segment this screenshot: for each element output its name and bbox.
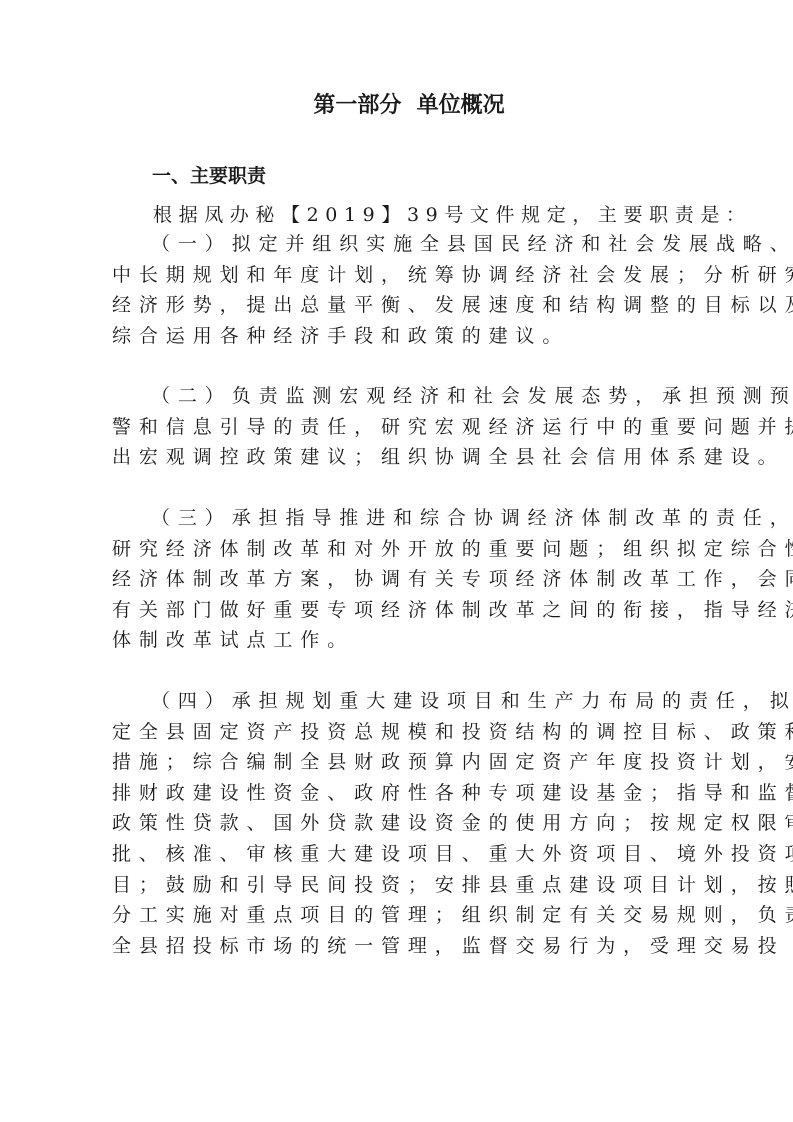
- paragraph-line: （四）承担规划重大建设项目和生产力布局的责任，拟: [112, 686, 684, 717]
- paragraph-line: 政策性贷款、国外贷款建设资金的使用方向；按规定权限审: [112, 808, 684, 839]
- duty-paragraph-4: （四）承担规划重大建设项目和生产力布局的责任，拟 定全县固定资产投资总规模和投资…: [112, 686, 684, 961]
- paragraph-line: 经济形势，提出总量平衡、发展速度和结构调整的目标以及: [112, 290, 684, 321]
- duty-paragraph-2: （二）负责监测宏观经济和社会发展态势，承担预测预 警和信息引导的责任，研究宏观经…: [112, 381, 684, 473]
- intro-line: 根据凤办秘【2019】39号文件规定，主要职责是：: [153, 200, 725, 231]
- paragraph-line: 体制改革试点工作。: [112, 625, 684, 656]
- section-heading-main-duties: 一、主要职责: [152, 162, 266, 190]
- paragraph-line: 定全县固定资产投资总规模和投资结构的调控目标、政策和: [112, 717, 684, 748]
- duty-paragraph-1: （一）拟定并组织实施全县国民经济和社会发展战略、 中长期规划和年度计划，统筹协调…: [112, 229, 684, 351]
- paragraph-line: 目；鼓励和引导民间投资；安排县重点建设项目计划，按照: [112, 870, 684, 901]
- paragraph-line: 全县招投标市场的统一管理，监督交易行为，受理交易投: [112, 931, 684, 962]
- intro-paragraph: 根据凤办秘【2019】39号文件规定，主要职责是：: [153, 200, 725, 231]
- paragraph-line: 分工实施对重点项目的管理；组织制定有关交易规则，负责: [112, 900, 684, 931]
- paragraph-line: 经济体制改革方案，协调有关专项经济体制改革工作，会同: [112, 564, 684, 595]
- paragraph-line: 措施；综合编制全县财政预算内固定资产年度投资计划，安: [112, 747, 684, 778]
- paragraph-line: 研究经济体制改革和对外开放的重要问题；组织拟定综合性: [112, 534, 684, 565]
- paragraph-line: （二）负责监测宏观经济和社会发展态势，承担预测预: [112, 381, 684, 412]
- paragraph-line: 出宏观调控政策建议；组织协调全县社会信用体系建设。: [112, 442, 684, 473]
- paragraph-line: （三）承担指导推进和综合协调经济体制改革的责任，: [112, 503, 684, 534]
- paragraph-line: 综合运用各种经济手段和政策的建议。: [112, 321, 684, 352]
- paragraph-line: 排财政建设性资金、政府性各种专项建设基金；指导和监督: [112, 778, 684, 809]
- page-title: 第一部分 单位概况: [0, 91, 793, 121]
- paragraph-line: 有关部门做好重要专项经济体制改革之间的衔接，指导经济: [112, 595, 684, 626]
- document-page: 第一部分 单位概况 一、主要职责 根据凤办秘【2019】39号文件规定，主要职责…: [0, 0, 793, 1122]
- paragraph-line: （一）拟定并组织实施全县国民经济和社会发展战略、: [112, 229, 684, 260]
- paragraph-line: 警和信息引导的责任，研究宏观经济运行中的重要问题并提: [112, 412, 684, 443]
- paragraph-line: 批、核准、审核重大建设项目、重大外资项目、境外投资项: [112, 839, 684, 870]
- paragraph-line: 中长期规划和年度计划，统筹协调经济社会发展；分析研究: [112, 260, 684, 291]
- duty-paragraph-3: （三）承担指导推进和综合协调经济体制改革的责任， 研究经济体制改革和对外开放的重…: [112, 503, 684, 656]
